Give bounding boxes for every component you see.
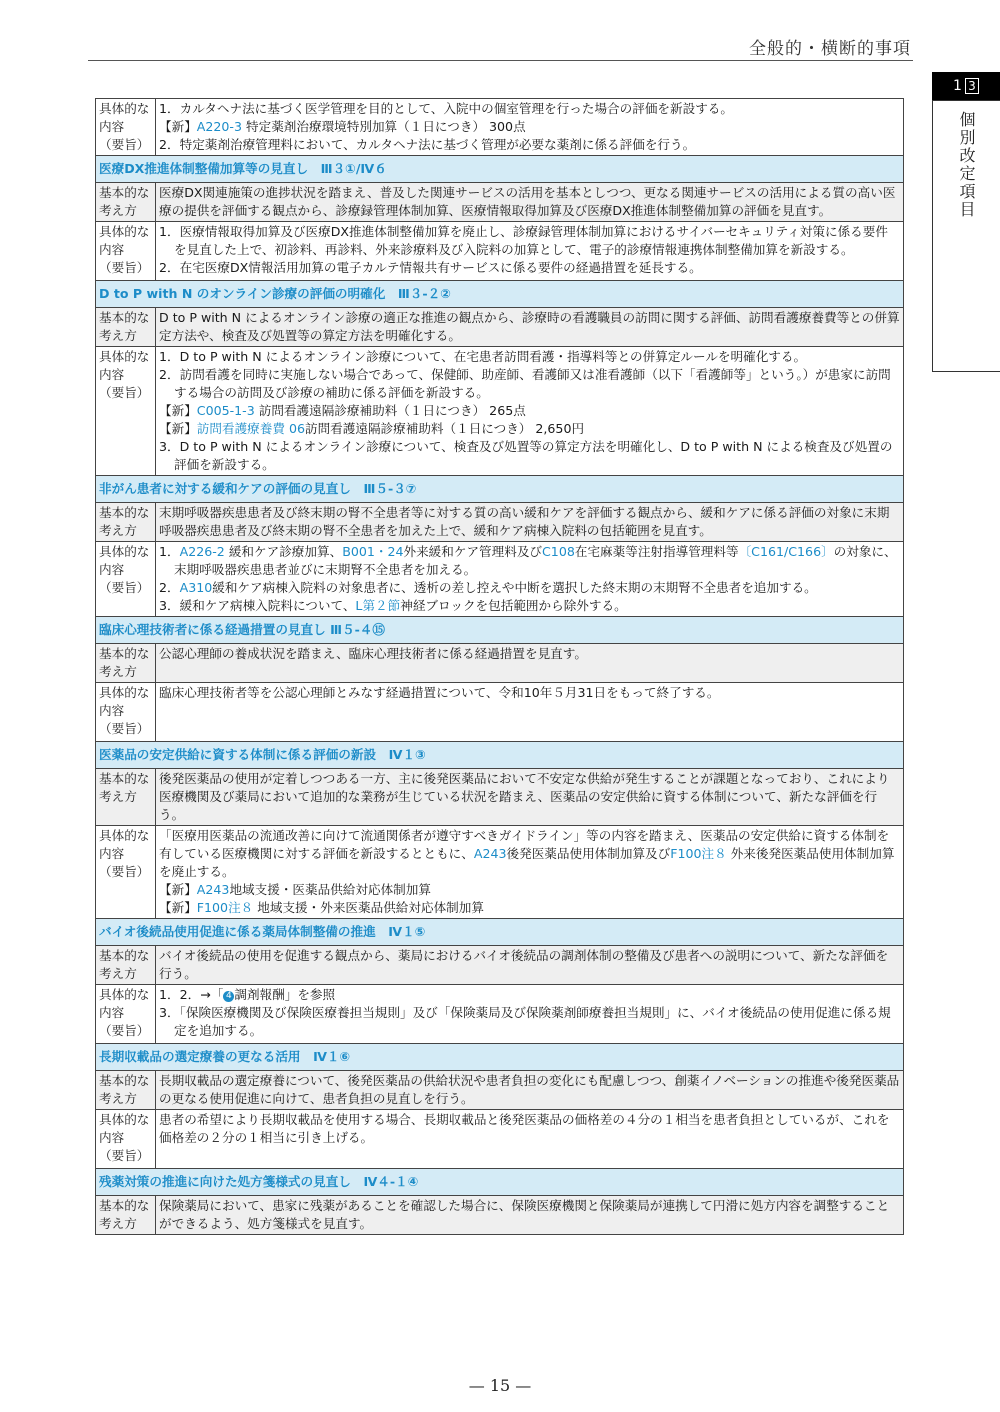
side-tab-char: 個 [933,111,1000,129]
detail-content-label: 具体的な内容（要旨） [96,1110,156,1169]
detail-text: 1．D to P with N によるオンライン診療について、在宅患者訪問看護・… [159,349,806,364]
detail-line: 【新】A243地域支援・医薬品供給対応体制加算 [159,881,900,899]
detail-content-label: 具体的な内容（要旨） [96,985,156,1044]
detail-text: 3．「保険医療機関及び保険医療養担当規則」及び「保険薬局及び保険薬剤師療養担当規… [159,1005,891,1038]
detail-line: 1．2．→「4調剤報酬」を参照 [159,986,900,1004]
side-tab-char: 目 [933,201,1000,219]
fee-code-reference: F100注８ [670,846,726,861]
row-label-line: 内容 [99,241,152,259]
basic-approach-label: 基本的な考え方 [96,946,156,985]
detail-text: 1． [159,544,180,559]
row-label-line: 基本的な [99,1197,152,1215]
detail-content-label: 具体的な内容（要旨） [96,99,156,156]
basic-approach-text: 後発医薬品の使用が定着しつつある一方、主に後発医薬品において不安定な供給が発生す… [156,769,904,826]
detail-content-row: 具体的な内容（要旨）患者の希望により長期収載品を使用する場合、長期収載品と後発医… [96,1110,904,1169]
fee-code-reference: L第２節 [355,598,400,613]
basic-approach-label: 基本的な考え方 [96,503,156,542]
detail-text: 緩和ケア病棟入院料の対象患者に、透析の差し控えや中断を選択した終末期の末期腎不全… [212,580,817,595]
side-tab-char: 定 [933,165,1000,183]
basic-approach-row: 基本的な考え方保険薬局において、患家に残薬があることを確認した場合に、保険医療機… [96,1196,904,1235]
chapter-circle-icon: 4 [223,991,234,1002]
section-header-row: 残薬対策の推進に向けた処方箋様式の見直し Ⅳ４-１④ [96,1169,904,1196]
detail-content-text: 患者の希望により長期収載品を使用する場合、長期収載品と後発医薬品の価格差の４分の… [156,1110,904,1169]
row-label-line: 考え方 [99,522,152,540]
detail-text: 訪問看護遠隔診療補助料（１日につき） 2,650円 [305,421,584,436]
detail-line: 【新】A220-3 特定薬剤治療環境特別加算（１日につき） 300点 [159,118,900,136]
running-head: 全般的・横断的事項 [88,34,913,61]
detail-line: 3．D to P with N によるオンライン診療について、検査及び処置等の算… [159,438,900,474]
row-label-line: 基本的な [99,1072,152,1090]
detail-line: 2．A310緩和ケア病棟入院料の対象患者に、透析の差し控えや中断を選択した終末期… [159,579,900,597]
row-label-line: 具体的な [99,223,152,241]
row-label-line: （要旨） [99,136,152,154]
basic-approach-text: 保険薬局において、患家に残薬があることを確認した場合に、保険医療機関と保険薬局が… [156,1196,904,1235]
section-title: 非がん患者に対する緩和ケアの評価の見直し Ⅲ５-３⑦ [96,476,904,503]
detail-text: 1．2．→「 [159,987,223,1002]
basic-approach-row: 基本的な考え方公認心理師の養成状況を踏まえ、臨床心理技術者に係る経過措置を見直す… [96,644,904,683]
side-tab-char: 改 [933,147,1000,165]
detail-line: 「医療用医薬品の流通改善に向けて流通関係者が遵守すべきガイドライン」等の内容を踏… [159,827,900,881]
row-label-line: （要旨） [99,1022,152,1040]
detail-text: 【新】 [159,882,197,897]
row-label-line: 内容 [99,1004,152,1022]
basic-approach-row: 基本的な考え方医療DX関連施策の進捗状況を踏まえ、普及した関連サービスの活用を基… [96,183,904,222]
detail-text: 【新】 [159,900,197,915]
row-label-line: 内容 [99,1129,152,1147]
row-label-line: （要旨） [99,863,152,881]
row-label-line: 基本的な [99,770,152,788]
detail-text: 外来緩和ケア管理料及び [403,544,542,559]
row-label-line: 具体的な [99,100,152,118]
detail-text: 2．訪問看護を同時に実施しない場合であって、保健師、助産師、看護師又は准看護師（… [159,367,891,400]
side-tab-char: 項 [933,183,1000,201]
row-label-line: 基本的な [99,184,152,202]
section-number-boxed: 3 [965,78,979,94]
row-label-line: （要旨） [99,579,152,597]
row-label-line: 考え方 [99,663,152,681]
detail-line: 3．緩和ケア病棟入院料について、L第２節神経ブロックを包括範囲から除外する。 [159,597,900,615]
detail-line: 【新】F100注８ 地域支援・外来医薬品供給対応体制加算 [159,899,900,917]
fee-code-reference: F100注８ [197,900,253,915]
row-label-line: 具体的な [99,543,152,561]
row-label-line: 具体的な [99,684,152,702]
basic-approach-label: 基本的な考え方 [96,183,156,222]
section-title: 医療DX推進体制整備加算等の見直し Ⅲ３①/Ⅳ６ [96,156,904,183]
detail-content-text: 臨床心理技術者等を公認心理師とみなす経過措置について、令和10年５月31日をもっ… [156,683,904,742]
section-header-row: 長期収載品の選定療養の更なる活用 Ⅳ１⑥ [96,1044,904,1071]
basic-approach-label: 基本的な考え方 [96,1071,156,1110]
basic-approach-row: 基本的な考え方長期収載品の選定療養について、後発医薬品の供給状況や患者負担の変化… [96,1071,904,1110]
row-label-line: （要旨） [99,384,152,402]
detail-content-label: 具体的な内容（要旨） [96,542,156,617]
basic-approach-label: 基本的な考え方 [96,308,156,347]
detail-line: 臨床心理技術者等を公認心理師とみなす経過措置について、令和10年５月31日をもっ… [159,684,900,702]
detail-text: 地域支援・外来医薬品供給対応体制加算 [253,900,484,915]
detail-content-text: 1．医療情報取得加算及び医療DX推進体制整備加算を廃止し、診療録管理体制加算にお… [156,222,904,281]
detail-text: 調剤報酬」を参照 [234,987,335,1002]
row-label-line: 考え方 [99,327,152,345]
detail-text: 2．在宅医療DX情報活用加算の電子カルテ情報共有サービスに係る要件の経過措置を延… [159,260,702,275]
section-header-row: D to P with N のオンライン診療の評価の明確化 Ⅲ３-２② [96,281,904,308]
detail-text: 後発医薬品使用体制加算及び [507,846,671,861]
revision-table: 具体的な内容（要旨）1．カルタヘナ法に基づく医学管理を目的として、入院中の個室管… [95,98,904,1235]
basic-approach-row: 基本的な考え方バイオ後続品の使用を促進する観点から、薬局におけるバイオ後続品の調… [96,946,904,985]
basic-approach-text: 医療DX関連施策の進捗状況を踏まえ、普及した関連サービスの活用を基本としつつ、更… [156,183,904,222]
row-label-line: 内容 [99,561,152,579]
detail-text: 2．特定薬剤治療管理料において、カルタヘナ法に基づく管理が必要な薬剤に係る評価を… [159,137,695,152]
detail-line: 【新】C005-1-3 訪問看護遠隔診療補助料（１日につき） 265点 [159,402,900,420]
chapter-number: 1 [953,78,962,94]
basic-approach-label: 基本的な考え方 [96,1196,156,1235]
detail-text: 【新】 [159,403,197,418]
row-label-line: 考え方 [99,788,152,806]
fee-code-reference: C005-1-3 [197,403,255,418]
row-label-line: （要旨） [99,1147,152,1165]
detail-content-label: 具体的な内容（要旨） [96,222,156,281]
detail-content-label: 具体的な内容（要旨） [96,347,156,476]
detail-text: 【新】 [159,119,197,134]
row-label-line: 考え方 [99,965,152,983]
section-header-row: バイオ後続品使用促進に係る薬局体制整備の推進 Ⅳ１⑤ [96,919,904,946]
detail-text: 神経ブロックを包括範囲から除外する。 [400,598,626,613]
revision-table-body: 具体的な内容（要旨）1．カルタヘナ法に基づく医学管理を目的として、入院中の個室管… [96,99,904,1235]
row-label-line: 内容 [99,845,152,863]
row-label-line: （要旨） [99,259,152,277]
detail-text: 地域支援・医薬品供給対応体制加算 [229,882,431,897]
detail-text: 患者の希望により長期収載品を使用する場合、長期収載品と後発医薬品の価格差の４分の… [159,1112,889,1145]
detail-text: 3．緩和ケア病棟入院料について、 [159,598,355,613]
detail-line: 2．訪問看護を同時に実施しない場合であって、保健師、助産師、看護師又は准看護師（… [159,366,900,402]
detail-text: 訪問看護遠隔診療補助料（１日につき） 265点 [255,403,526,418]
basic-approach-text: バイオ後続品の使用を促進する観点から、薬局におけるバイオ後続品の調剤体制の整備及… [156,946,904,985]
row-label-line: 内容 [99,366,152,384]
section-title: 残薬対策の推進に向けた処方箋様式の見直し Ⅳ４-１④ [96,1169,904,1196]
detail-text: 【新】 [159,421,197,436]
detail-line: 【新】訪問看護療養費 06訪問看護遠隔診療補助料（１日につき） 2,650円 [159,420,900,438]
section-header-row: 臨床心理技術者に係る経過措置の見直し Ⅲ５-４⑮ [96,617,904,644]
side-tab-char: 別 [933,129,1000,147]
detail-content-row: 具体的な内容（要旨）「医療用医薬品の流通改善に向けて流通関係者が遵守すべきガイド… [96,826,904,919]
section-title: 医薬品の安定供給に資する体制に係る評価の新設 Ⅳ１③ [96,742,904,769]
page-number: — 15 — [0,1376,1000,1395]
fee-code-reference: B001・24 [342,544,403,559]
detail-text: 1．医療情報取得加算及び医療DX推進体制整備加算を廃止し、診療録管理体制加算にお… [159,224,888,257]
fee-code-reference: A310 [180,580,213,595]
section-header-row: 医療DX推進体制整備加算等の見直し Ⅲ３①/Ⅳ６ [96,156,904,183]
detail-text: 1．カルタヘナ法に基づく医学管理を目的として、入院中の個室管理を行った場合の評価… [159,101,733,116]
detail-content-label: 具体的な内容（要旨） [96,683,156,742]
detail-content-row: 具体的な内容（要旨）1．2．→「4調剤報酬」を参照3．「保険医療機関及び保険医療… [96,985,904,1044]
section-title: バイオ後続品使用促進に係る薬局体制整備の推進 Ⅳ１⑤ [96,919,904,946]
detail-content-text: 1．2．→「4調剤報酬」を参照3．「保険医療機関及び保険医療養担当規則」及び「保… [156,985,904,1044]
row-label-line: 基本的な [99,947,152,965]
row-label-line: 内容 [99,118,152,136]
fee-code-reference: A226-2 [180,544,225,559]
detail-text: 在宅麻薬等注射指導管理料等 [575,544,739,559]
detail-content-text: 1．カルタヘナ法に基づく医学管理を目的として、入院中の個室管理を行った場合の評価… [156,99,904,156]
section-title: D to P with N のオンライン診療の評価の明確化 Ⅲ３-２② [96,281,904,308]
row-label-line: 具体的な [99,1111,152,1129]
detail-text: 臨床心理技術者等を公認心理師とみなす経過措置について、令和10年５月31日をもっ… [159,685,719,700]
detail-line: 1．医療情報取得加算及び医療DX推進体制整備加算を廃止し、診療録管理体制加算にお… [159,223,900,259]
basic-approach-row: 基本的な考え方末期呼吸器疾患患者及び終末期の腎不全患者等に対する質の高い緩和ケア… [96,503,904,542]
basic-approach-label: 基本的な考え方 [96,644,156,683]
detail-content-row: 具体的な内容（要旨）臨床心理技術者等を公認心理師とみなす経過措置について、令和1… [96,683,904,742]
detail-line: 1．D to P with N によるオンライン診療について、在宅患者訪問看護・… [159,348,900,366]
row-label-line: 基本的な [99,504,152,522]
side-tab-number: 1 3 [932,72,1000,100]
fee-code-reference: C108 [542,544,575,559]
detail-text: 特定薬剤治療環境特別加算（１日につき） 300点 [242,119,526,134]
section-title: 臨床心理技術者に係る経過措置の見直し Ⅲ５-４⑮ [96,617,904,644]
detail-content-text: 「医療用医薬品の流通改善に向けて流通関係者が遵守すべきガイドライン」等の内容を踏… [156,826,904,919]
section-title: 長期収載品の選定療養の更なる活用 Ⅳ１⑥ [96,1044,904,1071]
basic-approach-text: 公認心理師の養成状況を踏まえ、臨床心理技術者に係る経過措置を見直す。 [156,644,904,683]
row-label-line: 具体的な [99,827,152,845]
detail-line: 1．カルタヘナ法に基づく医学管理を目的として、入院中の個室管理を行った場合の評価… [159,100,900,118]
row-label-line: 基本的な [99,309,152,327]
row-label-line: 考え方 [99,1215,152,1233]
detail-content-text: 1．A226-2 緩和ケア診療加算、B001・24外来緩和ケア管理料及びC108… [156,542,904,617]
row-label-line: 基本的な [99,645,152,663]
detail-line: 2．特定薬剤治療管理料において、カルタヘナ法に基づく管理が必要な薬剤に係る評価を… [159,136,900,154]
detail-content-row: 具体的な内容（要旨）1．A226-2 緩和ケア診療加算、B001・24外来緩和ケ… [96,542,904,617]
detail-text: 3．D to P with N によるオンライン診療について、検査及び処置等の算… [159,439,892,472]
basic-approach-label: 基本的な考え方 [96,769,156,826]
detail-content-row: 具体的な内容（要旨）1．医療情報取得加算及び医療DX推進体制整備加算を廃止し、診… [96,222,904,281]
basic-approach-row: 基本的な考え方D to P with N によるオンライン診療の適正な推進の観点… [96,308,904,347]
section-header-row: 医薬品の安定供給に資する体制に係る評価の新設 Ⅳ１③ [96,742,904,769]
basic-approach-row: 基本的な考え方後発医薬品の使用が定着しつつある一方、主に後発医薬品において不安定… [96,769,904,826]
detail-line: 患者の希望により長期収載品を使用する場合、長期収載品と後発医薬品の価格差の４分の… [159,1111,900,1147]
basic-approach-text: D to P with N によるオンライン診療の適正な推進の観点から、診療時の… [156,308,904,347]
detail-line: 2．在宅医療DX情報活用加算の電子カルテ情報共有サービスに係る要件の経過措置を延… [159,259,900,277]
running-head-text: 全般的・横断的事項 [749,34,913,59]
basic-approach-text: 末期呼吸器疾患患者及び終末期の腎不全患者等に対する質の高い緩和ケアを評価する観点… [156,503,904,542]
fee-code-reference: A243 [197,882,230,897]
row-label-line: 考え方 [99,1090,152,1108]
section-header-row: 非がん患者に対する緩和ケアの評価の見直し Ⅲ５-３⑦ [96,476,904,503]
basic-approach-text: 長期収載品の選定療養について、後発医薬品の供給状況や患者負担の変化にも配慮しつつ… [156,1071,904,1110]
row-label-line: 内容 [99,702,152,720]
detail-content-row: 具体的な内容（要旨）1．カルタヘナ法に基づく医学管理を目的として、入院中の個室管… [96,99,904,156]
detail-text: 2． [159,580,180,595]
side-tab-label: 個 別 改 定 項 目 [932,100,1000,372]
row-label-line: 具体的な [99,348,152,366]
detail-content-label: 具体的な内容（要旨） [96,826,156,919]
row-label-line: （要旨） [99,720,152,738]
fee-code-reference: A243 [474,846,507,861]
fee-code-reference: A220-3 [197,119,242,134]
detail-content-text: 1．D to P with N によるオンライン診療について、在宅患者訪問看護・… [156,347,904,476]
fee-code-reference: 〔C161/C166〕 [739,544,834,559]
fee-code-reference: 訪問看護療養費 06 [197,421,305,436]
row-label-line: 考え方 [99,202,152,220]
row-label-line: 具体的な [99,986,152,1004]
detail-content-row: 具体的な内容（要旨）1．D to P with N によるオンライン診療について… [96,347,904,476]
detail-line: 1．A226-2 緩和ケア診療加算、B001・24外来緩和ケア管理料及びC108… [159,543,900,579]
side-tab-vertical-text: 個 別 改 定 項 目 [933,111,1000,219]
detail-line: 3．「保険医療機関及び保険医療養担当規則」及び「保険薬局及び保険薬剤師療養担当規… [159,1004,900,1040]
detail-text: 緩和ケア診療加算、 [225,544,342,559]
